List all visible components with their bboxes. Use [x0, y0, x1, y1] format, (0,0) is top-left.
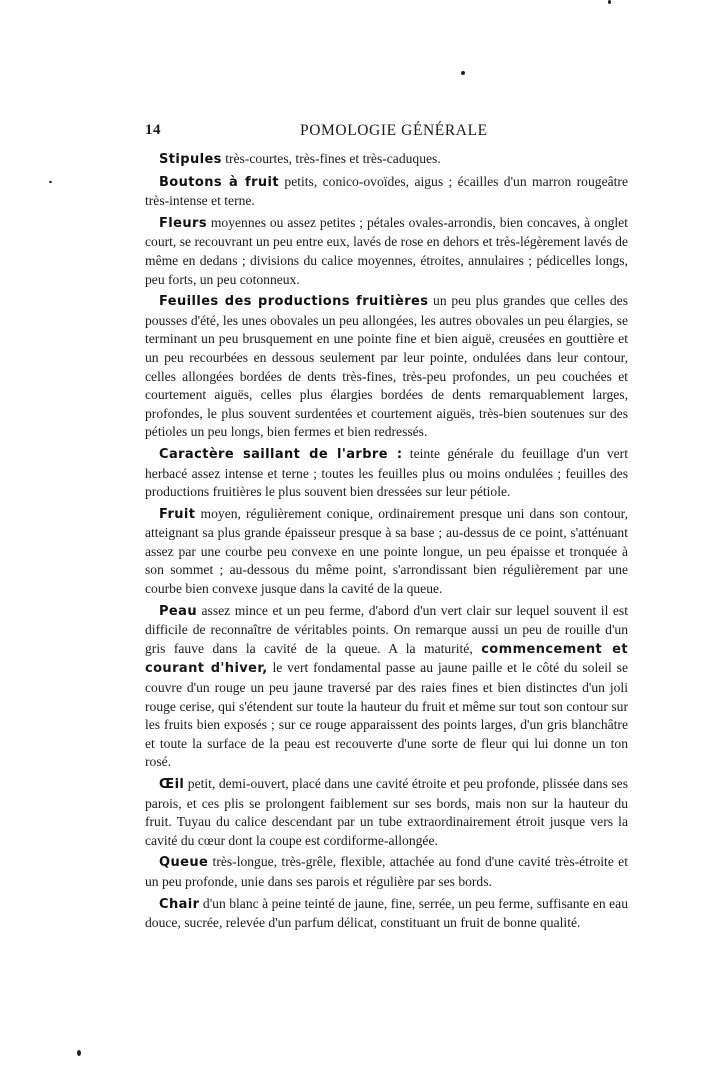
paragraph-text: très-courtes, très-fines et très-caduque… — [222, 151, 441, 166]
term-boutons-a-fruit: Boutons à fruit — [159, 175, 279, 190]
term-feuilles-des-productions-fruitieres: Feuilles des productions fruitières — [159, 294, 428, 309]
page-body: Stipules très-courtes, très-fines et trè… — [145, 150, 628, 933]
paragraph-oeil: Œil petit, demi-ouvert, placé dans une c… — [145, 775, 628, 850]
term-stipules: Stipules — [159, 152, 222, 167]
paragraph-text: petit, demi-ouvert, placé dans une cavit… — [145, 776, 628, 848]
paragraph-queue: Queue très-longue, très-grêle, flexible,… — [145, 853, 628, 891]
term-oeil: Œil — [159, 777, 184, 792]
paragraph-boutons-a-fruit: Boutons à fruit petits, conico-ovoïdes, … — [145, 173, 628, 211]
term-fruit: Fruit — [159, 507, 195, 522]
paragraph-fleurs: Fleurs moyennes ou assez petites ; pétal… — [145, 214, 628, 289]
paragraph-feuilles: Feuilles des productions fruitières un p… — [145, 292, 628, 442]
paragraph-text: un peu plus grandes que celles des pouss… — [145, 293, 628, 439]
paragraph-text: très-longue, très-grêle, flexible, attac… — [145, 854, 628, 889]
paragraph-stipules: Stipules très-courtes, très-fines et trè… — [145, 150, 628, 170]
paragraph-text: moyen, régulièrement conique, ordinairem… — [145, 506, 628, 596]
term-chair: Chair — [159, 897, 199, 912]
scan-speck — [77, 1050, 81, 1056]
paragraph-fruit: Fruit moyen, régulièrement conique, ordi… — [145, 505, 628, 599]
running-head-title: POMOLOGIE GÉNÉRALE — [300, 122, 488, 140]
term-fleurs: Fleurs — [159, 216, 207, 231]
paragraph-text: le vert fondamental passe au jaune paill… — [145, 660, 628, 769]
paragraph-caractere-saillant: Caractère saillant de l'arbre : teinte g… — [145, 445, 628, 502]
paragraph-chair: Chair d'un blanc à peine teinté de jaune… — [145, 895, 628, 933]
paragraph-text: moyennes ou assez petites ; pétales oval… — [145, 215, 628, 287]
scan-speck — [49, 181, 52, 183]
book-page: 14 POMOLOGIE GÉNÉRALE Stipules très-cour… — [145, 120, 628, 936]
paragraph-text: d'un blanc à peine teinté de jaune, fine… — [145, 896, 628, 931]
term-peau: Peau — [159, 604, 197, 619]
page-number: 14 — [145, 122, 161, 139]
scan-speck — [608, 0, 611, 4]
running-head: 14 POMOLOGIE GÉNÉRALE — [145, 120, 628, 142]
term-caractere-saillant: Caractère saillant de l'arbre : — [159, 447, 402, 462]
term-queue: Queue — [159, 855, 208, 870]
paragraph-peau: Peau assez mince et un peu ferme, d'abor… — [145, 602, 628, 772]
scan-speck — [461, 71, 465, 75]
